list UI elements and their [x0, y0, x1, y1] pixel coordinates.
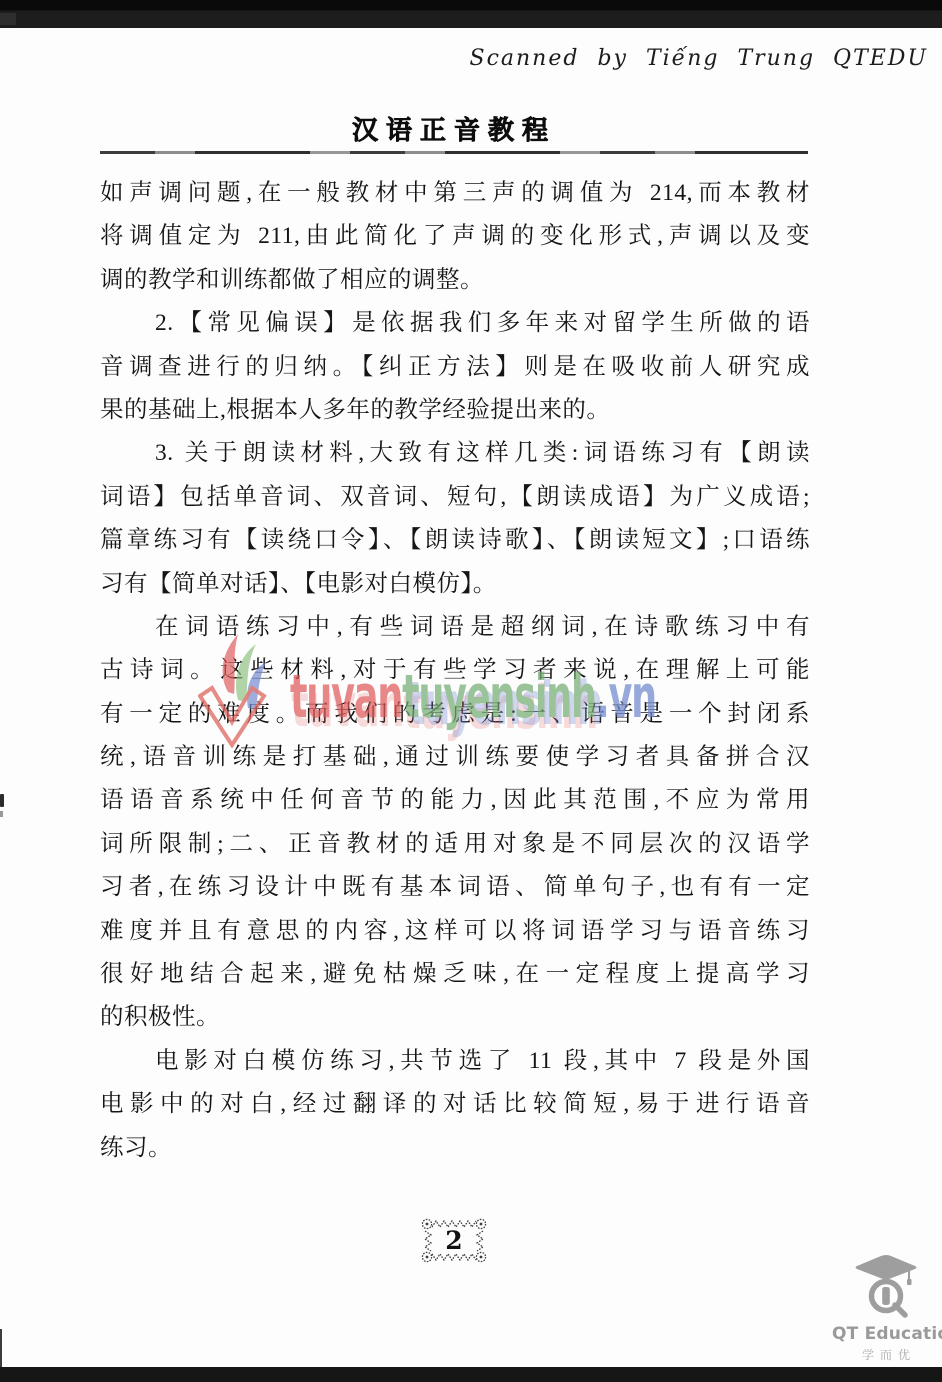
text-line: 的积极性。	[100, 996, 810, 1039]
text-line: 如声调问题,在一般教材中第三声的调值为 214,而本教材	[100, 172, 810, 215]
text-line: 习者,在练习设计中既有基本词语、简单句子,也有有一定	[100, 866, 810, 909]
text-line: 篇章练习有【读绕口令】、【朗读诗歌】、【朗读短文】;口语练	[100, 519, 810, 562]
graduation-cap-logo-icon	[850, 1254, 922, 1318]
header-rule	[100, 151, 808, 154]
text-line: 3. 关于朗读材料,大致有这样几类:词语练习有【朗读	[100, 432, 810, 475]
text-line: 调的教学和训练都做了相应的调整。	[100, 259, 810, 302]
text-line: 难度并且有意思的内容,这样可以将词语学习与语音练习	[100, 910, 810, 953]
text-line: 有一定的难度。而我们的考虑是:一、语音是一个封闭系	[100, 693, 810, 736]
text-line: 将调值定为 211,由此简化了声调的变化形式,声调以及变	[100, 215, 810, 258]
scan-smudge	[0, 794, 4, 807]
text-line: 2.【常见偏误】是依据我们多年来对留学生所做的语	[100, 302, 810, 345]
scanner-top-bar	[0, 0, 942, 28]
page-number-stamp: 2	[417, 1214, 491, 1267]
text-line: 电影中的对白,经过翻译的对话比较简短,易于进行语音	[100, 1083, 810, 1126]
text-line: 音调查进行的归纳。【纠正方法】则是在吸收前人研究成	[100, 346, 810, 389]
text-line: 古诗词。这些材料,对于有些学习者来说,在理解上可能	[100, 649, 810, 692]
text-line: 统,语音训练是打基础,通过训练要使学习者具备拼合汉	[100, 736, 810, 779]
text-line: 语语音系统中任何音节的能力,因此其范围,不应为常用	[100, 779, 810, 822]
text-line: 很好地结合起来,避免枯燥乏味,在一定程度上提高学习	[100, 953, 810, 996]
publisher-logo-block: QT Education 学而优	[832, 1254, 940, 1363]
scan-smudge-light	[0, 811, 3, 817]
text-line: 练习。	[100, 1127, 810, 1170]
text-line: 词语】包括单音词、双音词、短句,【朗读成语】为广义成语;	[100, 476, 810, 519]
page-number: 2	[417, 1226, 491, 1255]
text-line: 果的基础上,根据本人多年的教学经验提出来的。	[100, 389, 810, 432]
scanner-top-bar-notch	[0, 13, 16, 25]
text-line: 电影对白模仿练习,共节选了 11 段,其中 7 段是外国	[100, 1040, 810, 1083]
scanned-book-page: Scanned by Tiếng Trung QTEDU 汉语正音教程 如声调问…	[0, 0, 942, 1382]
scanner-bottom-bar	[0, 1367, 942, 1382]
text-line: 词所限制;二、正音教材的适用对象是不同层次的汉语学	[100, 823, 810, 866]
body-text: 如声调问题,在一般教材中第三声的调值为 214,而本教材将调值定为 211,由此…	[100, 172, 810, 1170]
book-title-header: 汉语正音教程	[100, 110, 808, 147]
scan-credit-text: Scanned by Tiếng Trung QTEDU	[470, 46, 929, 71]
scan-edge-line	[0, 1329, 2, 1367]
publisher-tagline: 学而优	[832, 1346, 940, 1363]
text-line: 习有【简单对话】、【电影对白模仿】。	[100, 563, 810, 606]
publisher-name: QT Education	[832, 1324, 940, 1344]
text-line: 在词语练习中,有些词语是超纲词,在诗歌练习中有	[100, 606, 810, 649]
